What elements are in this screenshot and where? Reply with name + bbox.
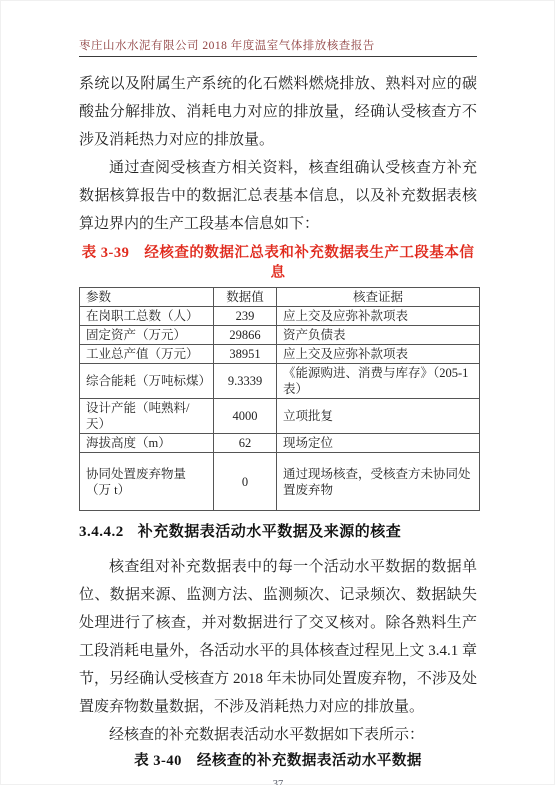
cell-evidence: 《能源购进、消费与库存》（205-1 表） bbox=[277, 364, 480, 399]
table-row: 设计产能（吨熟料/天） 4000 立项批复 bbox=[80, 399, 480, 434]
cell-value: 9.3339 bbox=[214, 364, 277, 399]
cell-parameter: 海拔高度（m） bbox=[80, 434, 214, 453]
cell-value: 29866 bbox=[214, 326, 277, 345]
cell-value: 0 bbox=[214, 453, 277, 511]
table-header-row: 参数 数据值 核查证据 bbox=[80, 288, 480, 307]
cell-value: 4000 bbox=[214, 399, 277, 434]
paragraph-2: 通过查阅受核查方相关资料，核查组确认受核查方补充数据核算报告中的数据汇总表基本信… bbox=[79, 154, 477, 238]
cell-evidence: 现场定位 bbox=[277, 434, 480, 453]
document-page: 枣庄山水水泥有限公司 2018 年度温室气体排放核查报告 系统以及附属生产系统的… bbox=[0, 0, 555, 785]
paragraph-3: 核查组对补充数据表中的每一个活动水平数据的数据单位、数据来源、监测方法、监测频次… bbox=[79, 553, 477, 721]
cell-value: 38951 bbox=[214, 345, 277, 364]
table-row: 工业总产值（万元） 38951 应上交及应弥补款项表 bbox=[80, 345, 480, 364]
cell-parameter: 综合能耗（万吨标煤） bbox=[80, 364, 214, 399]
cell-value: 62 bbox=[214, 434, 277, 453]
cell-parameter: 在岗职工总数（人） bbox=[80, 307, 214, 326]
col-header-parameter: 参数 bbox=[80, 288, 214, 307]
running-header: 枣庄山水水泥有限公司 2018 年度温室气体排放核查报告 bbox=[79, 37, 477, 57]
table-row: 在岗职工总数（人） 239 应上交及应弥补款项表 bbox=[80, 307, 480, 326]
section-heading-3-4-4-2: 3.4.4.2补充数据表活动水平数据及来源的核查 bbox=[79, 521, 477, 543]
table-row: 协同处置废弃物量（万 t） 0 通过现场核查，受核查方未协同处置废弃物 bbox=[80, 453, 480, 511]
cell-evidence: 立项批复 bbox=[277, 399, 480, 434]
table-row: 固定资产（万元） 29866 资产负债表 bbox=[80, 326, 480, 345]
table-3-39-caption: 表 3-39 经核查的数据汇总表和补充数据表生产工段基本信息 bbox=[79, 243, 477, 283]
table-3-39: 参数 数据值 核查证据 在岗职工总数（人） 239 应上交及应弥补款项表 固定资… bbox=[79, 287, 480, 511]
cell-parameter: 协同处置废弃物量（万 t） bbox=[80, 453, 214, 511]
table-3-40-caption: 表 3-40 经核查的补充数据表活动水平数据 bbox=[79, 751, 477, 771]
cell-evidence: 通过现场核查，受核查方未协同处置废弃物 bbox=[277, 453, 480, 511]
cell-parameter: 固定资产（万元） bbox=[80, 326, 214, 345]
table-row: 海拔高度（m） 62 现场定位 bbox=[80, 434, 480, 453]
cell-parameter: 设计产能（吨熟料/天） bbox=[80, 399, 214, 434]
paragraph-4: 经核查的补充数据表活动水平数据如下表所示： bbox=[79, 721, 477, 749]
table-row: 综合能耗（万吨标煤） 9.3339 《能源购进、消费与库存》（205-1 表） bbox=[80, 364, 480, 399]
paragraph-1: 系统以及附属生产系统的化石燃料燃烧排放、熟料对应的碳酸盐分解排放、消耗电力对应的… bbox=[79, 70, 477, 154]
cell-evidence: 应上交及应弥补款项表 bbox=[277, 307, 480, 326]
page-number: 37 bbox=[79, 779, 477, 785]
col-header-evidence: 核查证据 bbox=[277, 288, 480, 307]
cell-value: 239 bbox=[214, 307, 277, 326]
section-number: 3.4.4.2 bbox=[79, 524, 124, 540]
col-header-value: 数据值 bbox=[214, 288, 277, 307]
cell-evidence: 应上交及应弥补款项表 bbox=[277, 345, 480, 364]
cell-parameter: 工业总产值（万元） bbox=[80, 345, 214, 364]
section-title: 补充数据表活动水平数据及来源的核查 bbox=[138, 524, 402, 540]
cell-evidence: 资产负债表 bbox=[277, 326, 480, 345]
